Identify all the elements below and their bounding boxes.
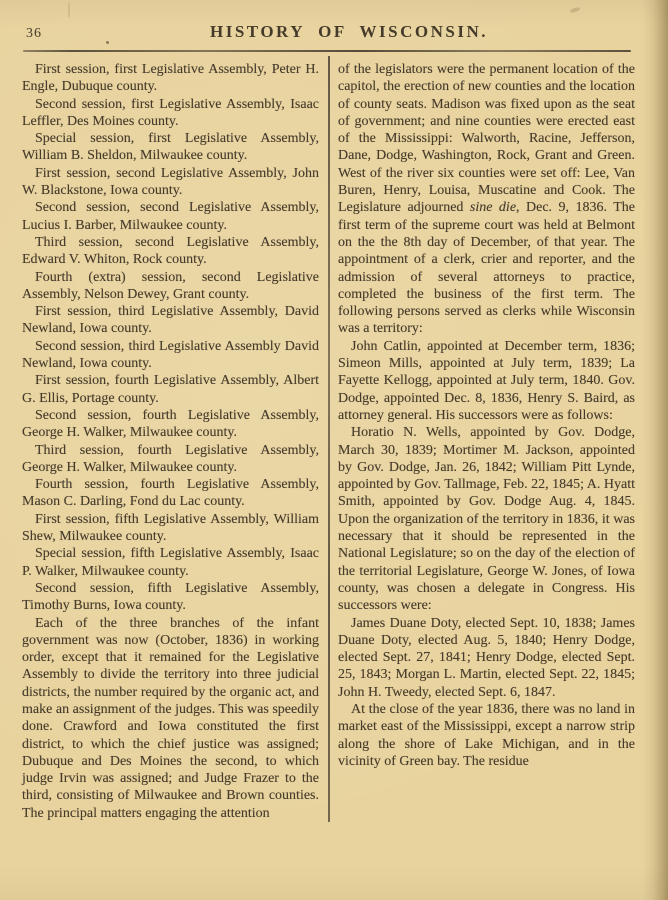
text-run: Second session, second Legislative Assem… <box>22 200 319 232</box>
paragraph: Third session, second Legislative Assemb… <box>22 234 319 269</box>
text-run: John Catlin, appointed at December term,… <box>338 339 635 423</box>
book-page-scan: 36 HISTORY OF WISCONSIN. First session, … <box>0 0 668 900</box>
paragraph: James Duane Doty, elected Sept. 10, 1838… <box>338 615 635 701</box>
paragraph: of the legislators were the permanent lo… <box>338 61 635 338</box>
paragraph: At the close of the year 1836, there was… <box>338 701 635 770</box>
text-run: First session, fourth Legislative Assemb… <box>22 373 319 405</box>
text-run: At the close of the year 1836, there was… <box>338 702 635 769</box>
scan-smudge <box>570 7 581 14</box>
paragraph: Each of the three branches of the infant… <box>22 615 319 823</box>
page-title: HISTORY OF WISCONSIN. <box>210 22 488 42</box>
text-run: First session, first Legislative Assembl… <box>22 62 319 94</box>
text-run: Special session, first Legislative Assem… <box>22 131 319 163</box>
paragraph: First session, second Legislative Assemb… <box>22 165 319 200</box>
text-run: First session, third Legislative Assembl… <box>22 304 319 336</box>
text-run: First session, fifth Legislative Assembl… <box>22 512 319 544</box>
paragraph: Third session, fourth Legislative Assemb… <box>22 442 319 477</box>
right-column: of the legislators were the permanent lo… <box>338 61 635 770</box>
paragraph: Second session, first Legislative Assemb… <box>22 96 319 131</box>
paragraph: Special session, fifth Legislative Assem… <box>22 545 319 580</box>
page-edge-shadow <box>642 0 668 900</box>
text-run: Each of the three branches of the infant… <box>22 616 319 821</box>
scan-smudge <box>68 2 70 18</box>
paragraph: Special session, first Legislative Assem… <box>22 130 319 165</box>
page-number: 36 <box>26 26 42 42</box>
left-column: First session, first Legislative Assembl… <box>22 61 319 822</box>
text-run: Third session, second Legislative Assemb… <box>22 235 319 267</box>
paragraph: Second session, third Legislative Assemb… <box>22 338 319 373</box>
paragraph: Second session, fourth Legislative Assem… <box>22 407 319 442</box>
paragraph: Second session, second Legislative Assem… <box>22 199 319 234</box>
header-rule <box>23 50 631 52</box>
paragraph: Second session, fifth Legislative Assemb… <box>22 580 319 615</box>
paragraph: First session, third Legislative Assembl… <box>22 303 319 338</box>
paragraph: First session, fifth Legislative Assembl… <box>22 511 319 546</box>
text-run: Second session, fourth Legislative Assem… <box>22 408 319 440</box>
text-run: Second session, third Legislative Assemb… <box>22 339 319 371</box>
text-run: Special session, fifth Legislative Assem… <box>22 546 319 578</box>
text-run: Second session, fifth Legislative Assemb… <box>22 581 319 613</box>
text-run: First session, second Legislative Assemb… <box>22 166 319 198</box>
paragraph: John Catlin, appointed at December term,… <box>338 338 635 424</box>
text-run: Third session, fourth Legislative Assemb… <box>22 443 319 475</box>
ink-speck <box>106 41 109 44</box>
paragraph: Fourth session, fourth Legislative Assem… <box>22 476 319 511</box>
column-divider-rule <box>328 56 330 822</box>
italic-text-run: sine die <box>470 200 516 215</box>
paragraph: Fourth (extra) session, second Legislati… <box>22 269 319 304</box>
text-run: of the legislators were the permanent lo… <box>338 62 635 215</box>
paragraph: First session, first Legislative Assembl… <box>22 61 319 96</box>
text-run: , Dec. 9, 1836. The first term of the su… <box>338 200 635 336</box>
paragraph: First session, fourth Legislative Assemb… <box>22 372 319 407</box>
text-run: Fourth (extra) session, second Legislati… <box>22 270 319 302</box>
paragraph: Horatio N. Wells, appointed by Gov. Dodg… <box>338 424 635 614</box>
text-run: James Duane Doty, elected Sept. 10, 1838… <box>338 616 635 700</box>
text-run: Second session, first Legislative Assemb… <box>22 97 319 129</box>
text-run: Horatio N. Wells, appointed by Gov. Dodg… <box>338 425 635 613</box>
text-run: Fourth session, fourth Legislative Assem… <box>22 477 319 509</box>
